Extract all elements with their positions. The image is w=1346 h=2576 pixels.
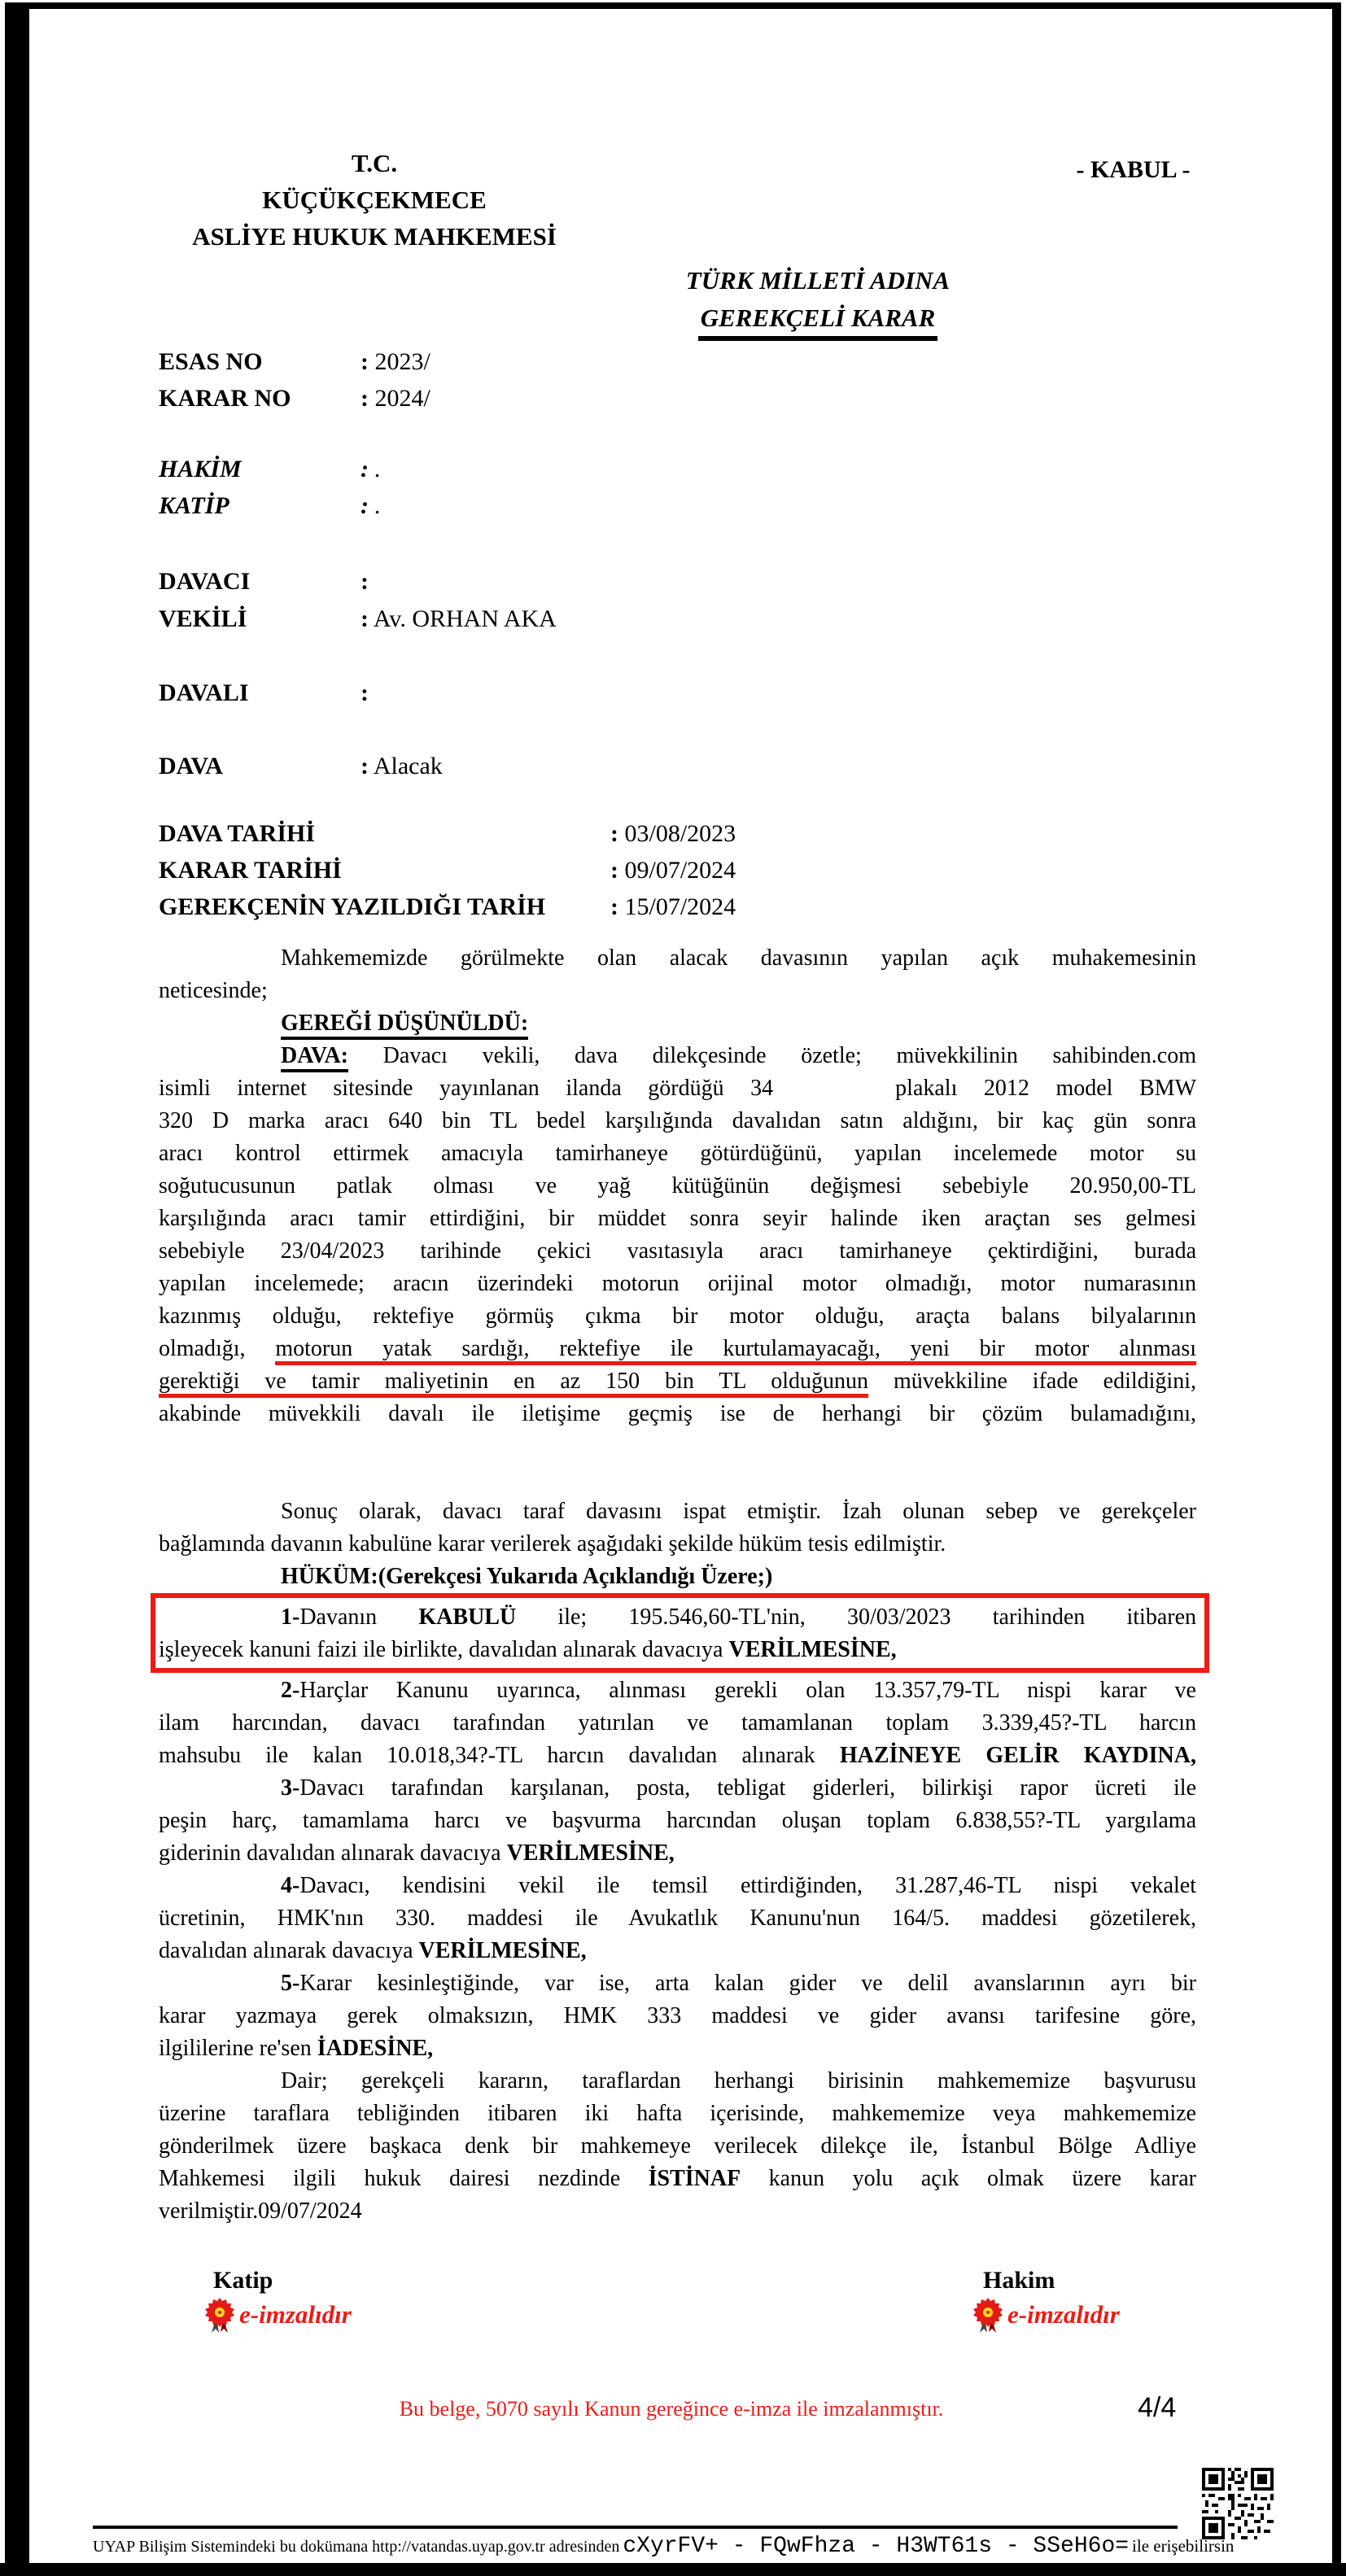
text-segment: 1- — [281, 1605, 299, 1630]
body-line: 320 D marka aracı 640 bin TL bedel karşı… — [159, 1105, 1196, 1137]
text-segment: akabinde müvekkili davalı ile iletişime … — [159, 1401, 1196, 1426]
uyap-access-prefix: UYAP Bilişim Sistemindeki bu dokümana ht… — [93, 2538, 619, 2556]
body-line: işleyecek kanuni faizi ile birlikte, dav… — [159, 1634, 1196, 1666]
field-row-kati-p: KATİP: . — [159, 492, 1200, 525]
field-value: : 09/07/2024 — [610, 857, 736, 884]
field-row-dava-tari-hi-: DAVA TARİHİ: 03/08/2023 — [159, 820, 1200, 853]
field-label: DAVALI — [159, 679, 249, 706]
text-segment: GEREĞİ DÜŞÜNÜLDÜ: — [281, 1011, 528, 1040]
republic-label: T.C. — [106, 145, 643, 181]
body-line: yapılan incelemede; aracın üzerindeki mo… — [159, 1268, 1196, 1300]
body-line: 1-Davanın KABULÜ ile; 195.546,60-TL'nin,… — [159, 1601, 1196, 1634]
field-label: DAVA — [159, 753, 223, 779]
text-segment: üzerine taraflara tebliğinden itibaren i… — [159, 2101, 1196, 2126]
text-segment: 5- — [281, 1971, 299, 1996]
qr-code — [1202, 2468, 1274, 2539]
body-line: 5-Karar kesinleştiğinde, var ise, arta k… — [159, 1967, 1196, 2000]
text-segment: ilam harcından, davacı tarafından yatırı… — [159, 1710, 1196, 1736]
body-line: gönderilmek üzere başkaca denk bir mahke… — [159, 2130, 1196, 2163]
body-line: 2-Harçlar Kanunu uyarınca, alınması gere… — [159, 1674, 1196, 1707]
scan-frame-right — [1332, 2, 1341, 2568]
text-segment: plakalı 2012 model BMW — [895, 1076, 1196, 1101]
uyap-access-line: UYAP Bilişim Sistemindeki bu dokümana ht… — [93, 2534, 1313, 2559]
decision-title: TÜRK MİLLETİ ADINA GEREKÇELİ KARAR — [574, 262, 1062, 337]
text-segment: ile; 195.546,60-TL'nin, 30/03/2023 tarih… — [516, 1605, 1196, 1630]
body-line: Mahkememizde görülmekte olan alacak dava… — [159, 942, 1196, 975]
field-row-dava: DAVA: Alacak — [159, 753, 1200, 785]
text-segment: müvekkiline ifade edildiğini, — [868, 1369, 1196, 1394]
text-segment: ilgililerine re'sen — [159, 2036, 317, 2061]
clerk-signature-title: Katip — [213, 2267, 273, 2294]
decision-body: Mahkememizde görülmekte olan alacak dava… — [159, 942, 1196, 2228]
text-segment: karar yazmaya gerek olmaksızın, HMK 333 … — [159, 2003, 1196, 2028]
rosette-icon — [973, 2296, 1003, 2334]
scan-frame-top — [5, 2, 1341, 9]
text-segment: HAZİNEYE GELİR KAYDINA, — [840, 1743, 1196, 1768]
title-reasoned-decision: GEREKÇELİ KARAR — [698, 303, 938, 341]
body-line: mahsubu ile kalan 10.018,34?-TL harcın d… — [159, 1740, 1196, 1772]
text-segment: sebebiyle 23/04/2023 tarihinde çekici va… — [159, 1238, 1196, 1264]
judge-signature-title: Hakim — [983, 2267, 1055, 2294]
text-segment: soğutucusunun patlak olması ve yağ kütüğ… — [159, 1173, 1196, 1198]
text-segment: yapılan incelemede; aracın üzerindeki mo… — [159, 1271, 1196, 1296]
field-value: : Alacak — [361, 753, 443, 780]
text-segment: Davacı tarafından karşılanan, posta, teb… — [299, 1775, 1196, 1801]
body-line: soğutucusunun patlak olması ve yağ kütüğ… — [159, 1170, 1196, 1203]
text-segment: Harçlar Kanunu uyarınca, alınması gerekl… — [299, 1678, 1196, 1703]
text-segment: Mahkemesi ilgili hukuk dairesi nezdinde — [159, 2166, 649, 2191]
page-number: 4/4 — [1138, 2392, 1176, 2424]
text-segment: VERİLMESİNE, — [728, 1637, 896, 1662]
field-label: KARAR TARİHİ — [159, 857, 342, 884]
text-segment: davalıdan alınarak davacıya — [159, 1938, 419, 1963]
body-line: aracı kontrol ettirmek amacıyla tamirhan… — [159, 1137, 1196, 1170]
text-segment: 3- — [281, 1775, 299, 1801]
text-segment: aracı kontrol ettirmek amacıyla tamirhan… — [159, 1141, 1196, 1166]
text-segment: Davacı vekili, dava dilekçesinde özetle;… — [348, 1043, 1196, 1068]
body-line: Dair; gerekçeli kararın, taraflardan her… — [159, 2065, 1196, 2098]
body-line: GEREĞİ DÜŞÜNÜLDÜ: — [159, 1007, 1196, 1040]
field-row-davali: DAVALI: — [159, 679, 1200, 712]
text-segment: Davacı, kendisini vekil ile temsil ettir… — [299, 1873, 1196, 1898]
body-line: sebebiyle 23/04/2023 tarihinde çekici va… — [159, 1235, 1196, 1268]
field-value: : 15/07/2024 — [610, 893, 736, 921]
esignature-notice: Bu belge, 5070 sayılı Kanun gereğince e-… — [159, 2397, 1184, 2421]
body-line: olmadığı, motorun yatak sardığı, rektefi… — [159, 1333, 1196, 1365]
text-segment: verilmiştir.09/07/2024 — [159, 2198, 362, 2224]
text-segment: İADESİNE, — [317, 2036, 433, 2061]
text-segment: isimli internet sitesinde yayınlanan ila… — [159, 1076, 773, 1101]
text-segment: neticesinde; — [159, 978, 268, 1003]
body-line: üzerine taraflara tebliğinden itibaren i… — [159, 2098, 1196, 2130]
text-segment: Davanın — [299, 1605, 418, 1630]
highlight-box: 1-Davanın KABULÜ ile; 195.546,60-TL'nin,… — [151, 1593, 1209, 1673]
text-segment: giderinin davalıdan alınarak davacıya — [159, 1840, 507, 1866]
uyap-access-code: cXyrFV+ - FQwFhza - H3WT61s - SSeH6o= — [623, 2534, 1129, 2559]
field-value: : . — [361, 492, 381, 520]
body-line: verilmiştir.09/07/2024 — [159, 2195, 1196, 2228]
title-in-the-name-of-nation: TÜRK MİLLETİ ADINA — [574, 262, 1062, 299]
field-value: : 03/08/2023 — [610, 820, 736, 848]
text-segment: olmadığı, — [159, 1336, 275, 1361]
scan-frame-left — [5, 2, 29, 2576]
field-label: HAKİM — [159, 456, 242, 482]
text-segment: Mahkememizde görülmekte olan alacak dava… — [281, 945, 1196, 971]
body-line: bağlamında davanın kabulüne karar verile… — [159, 1528, 1196, 1561]
body-line: ilam harcından, davacı tarafından yatırı… — [159, 1707, 1196, 1740]
footer-divider — [93, 2526, 1178, 2529]
field-label: DAVACI — [159, 568, 250, 595]
field-value: : Av. ORHAN AKA — [361, 605, 557, 633]
blank-line — [159, 1430, 1196, 1463]
text-segment: Karar kesinleştiğinde, var ise, arta kal… — [299, 1971, 1196, 1996]
field-value: : . — [361, 456, 381, 483]
field-row-esas-no: ESAS NO: 2023/ — [159, 348, 1200, 381]
text-segment: VERİLMESİNE, — [419, 1938, 587, 1963]
field-value: : 2024/ — [361, 385, 430, 413]
text-segment: VERİLMESİNE, — [507, 1840, 675, 1866]
text-segment: mahsubu ile kalan 10.018,34?-TL harcın d… — [159, 1743, 840, 1768]
body-line: Sonuç olarak, davacı taraf davasını ispa… — [159, 1495, 1196, 1528]
body-line: HÜKÜM:(Gerekçesi Yukarıda Açıklandığı Üz… — [159, 1561, 1196, 1593]
text-segment: İSTİNAF — [649, 2166, 741, 2191]
body-line: DAVA: Davacı vekili, dava dilekçesinde ö… — [159, 1040, 1196, 1072]
field-row-veki-li-: VEKİLİ: Av. ORHAN AKA — [159, 605, 1200, 638]
text-segment: 4- — [281, 1873, 299, 1898]
text-segment: peşin harç, tamamlama harcı ve başvurma … — [159, 1808, 1196, 1833]
field-label: KARAR NO — [159, 385, 291, 412]
body-line: kazınmış olduğu, rektefiye görmüş çıkma … — [159, 1300, 1196, 1333]
text-segment: bağlamında davanın kabulüne karar verile… — [159, 1531, 946, 1557]
judge-esignature-label: e-imzalıdır — [1007, 2300, 1120, 2329]
scan-frame-bottom — [0, 2563, 1346, 2576]
text-segment: gerektiği ve tamir maliyetinin en az 150… — [159, 1369, 868, 1398]
text-segment: kanun yolu açık olmak üzere karar — [741, 2166, 1196, 2191]
field-label: GEREKÇENİN YAZILDIĞI TARİH — [159, 893, 545, 920]
field-row-haki-m: HAKİM: . — [159, 456, 1200, 488]
field-row-davaci: DAVACI: — [159, 568, 1200, 600]
text-segment: Dair; gerekçeli kararın, taraflardan her… — [281, 2068, 1196, 2094]
uyap-access-suffix: ile erişebilirsin — [1132, 2536, 1234, 2556]
kabul-stamp: - KABUL - — [1058, 156, 1208, 184]
body-line: akabinde müvekkili davalı ile iletişime … — [159, 1398, 1196, 1430]
field-row-karar-tari-hi-: KARAR TARİHİ: 09/07/2024 — [159, 857, 1200, 889]
field-label: DAVA TARİHİ — [159, 820, 315, 847]
body-line: ücretinin, HMK'nın 330. maddesi ile Avuk… — [159, 1902, 1196, 1935]
text-segment: DAVA: — [281, 1043, 348, 1072]
field-value: : — [361, 679, 369, 707]
body-line: karşılığında aracı tamir ettirdiğini, bi… — [159, 1203, 1196, 1235]
blank-line — [159, 1463, 1196, 1495]
body-line: isimli internet sitesinde yayınlanan ila… — [159, 1072, 1196, 1105]
body-line: davalıdan alınarak davacıya VERİLMESİNE, — [159, 1935, 1196, 1967]
judge-esignature-badge: e-imzalıdır — [973, 2296, 1120, 2334]
clerk-esignature-badge: e-imzalıdır — [205, 2296, 352, 2334]
body-line: giderinin davalıdan alınarak davacıya VE… — [159, 1837, 1196, 1870]
text-segment: motorun yatak sardığı, rektefiye ile kur… — [275, 1336, 1196, 1365]
text-segment: ücretinin, HMK'nın 330. maddesi ile Avuk… — [159, 1906, 1196, 1931]
body-line: 3-Davacı tarafından karşılanan, posta, t… — [159, 1772, 1196, 1805]
text-segment: karşılığında aracı tamir ettirdiğini, bi… — [159, 1206, 1196, 1231]
text-segment: gönderilmek üzere başkaca denk bir mahke… — [159, 2133, 1196, 2159]
court-decision-page: T.C. KÜÇÜKÇEKMECE ASLİYE HUKUK MAHKEMESİ… — [0, 0, 1346, 2576]
text-segment: işleyecek kanuni faizi ile birlikte, dav… — [159, 1637, 728, 1662]
field-row-gerek-eni-n-yazildi-i-tari-h: GEREKÇENİN YAZILDIĞI TARİH: 15/07/2024 — [159, 893, 1200, 926]
court-name-line2: ASLİYE HUKUK MAHKEMESİ — [106, 218, 643, 255]
clerk-esignature-label: e-imzalıdır — [239, 2300, 352, 2329]
body-line: 4-Davacı, kendisini vekil ile temsil ett… — [159, 1870, 1196, 1902]
text-segment: kazınmış olduğu, rektefiye görmüş çıkma … — [159, 1303, 1196, 1329]
body-line: peşin harç, tamamlama harcı ve başvurma … — [159, 1805, 1196, 1837]
court-heading: T.C. KÜÇÜKÇEKMECE ASLİYE HUKUK MAHKEMESİ — [106, 145, 643, 255]
body-line: Mahkemesi ilgili hukuk dairesi nezdinde … — [159, 2163, 1196, 2195]
body-line: gerektiği ve tamir maliyetinin en az 150… — [159, 1365, 1196, 1398]
text-segment: HÜKÜM:(Gerekçesi Yukarıda Açıklandığı Üz… — [281, 1564, 772, 1589]
body-line: neticesinde; — [159, 975, 1196, 1007]
text-segment: KABULÜ — [418, 1605, 516, 1630]
field-row-karar-no: KARAR NO: 2024/ — [159, 385, 1200, 417]
rosette-icon — [205, 2296, 234, 2334]
court-name-line1: KÜÇÜKÇEKMECE — [106, 181, 643, 218]
text-segment: 2- — [281, 1678, 299, 1703]
field-value: : 2023/ — [361, 348, 430, 376]
body-line: karar yazmaya gerek olmaksızın, HMK 333 … — [159, 2000, 1196, 2032]
text-segment: Sonuç olarak, davacı taraf davasını ispa… — [281, 1499, 1196, 1524]
text-segment: 320 D marka aracı 640 bin TL bedel karşı… — [159, 1108, 1196, 1133]
body-line: ilgililerine re'sen İADESİNE, — [159, 2032, 1196, 2065]
field-label: KATİP — [159, 492, 229, 519]
field-value: : — [361, 568, 369, 596]
field-label: ESAS NO — [159, 348, 263, 375]
field-label: VEKİLİ — [159, 605, 247, 632]
